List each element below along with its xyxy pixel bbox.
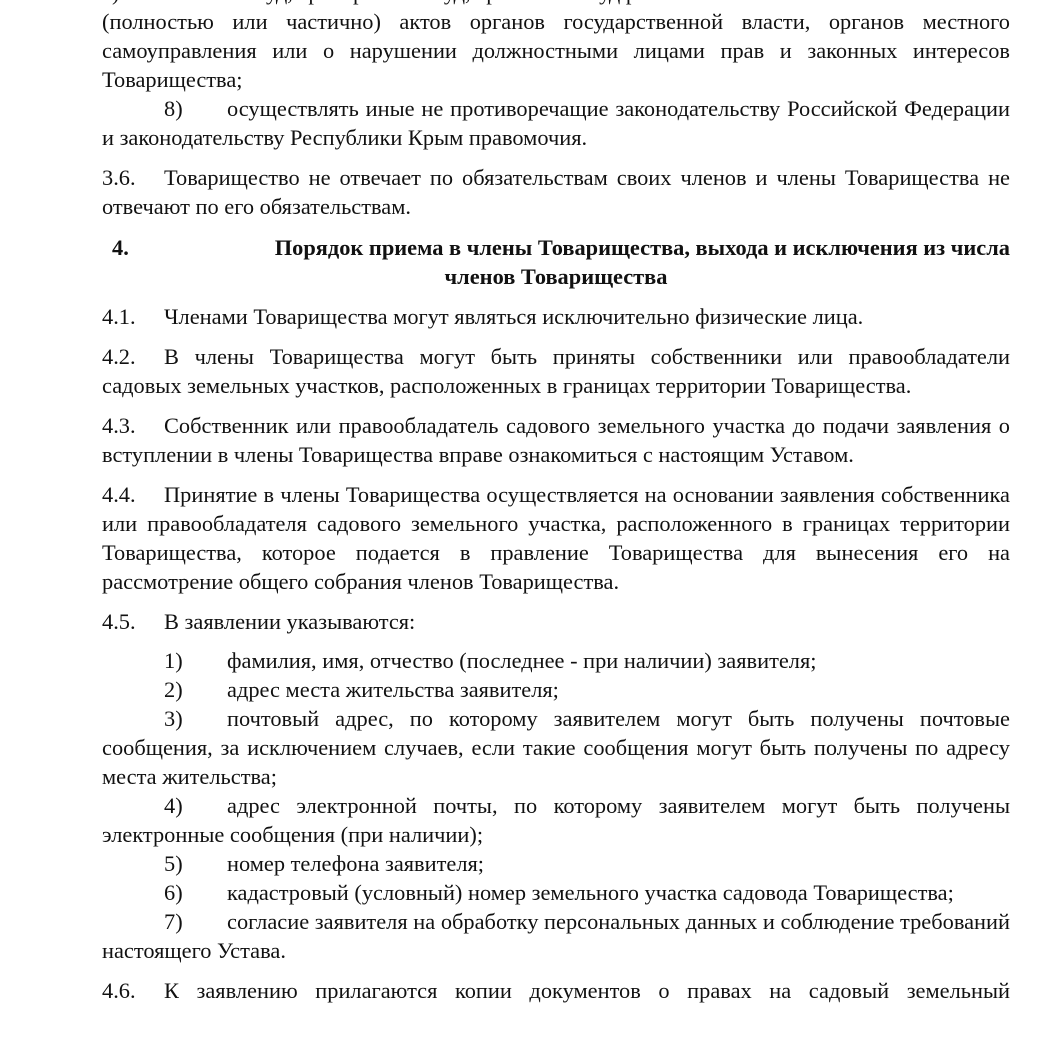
paragraph-text: Собственник или правообладатель садового… [102,413,1010,467]
paragraph-continuation-line-1: (полностью или частично) актов органов г… [102,7,1010,36]
paragraph-4-3: 4.3.Собственник или правообладатель садо… [102,411,1010,469]
list-item-text: фамилия, имя, отчество (последнее - при … [227,648,816,673]
paragraph-number: 3.6. [102,163,164,192]
list-item-number: 3) [164,704,227,733]
section-title-line-2: членов Товарищества [102,262,1010,291]
list-item-text: номер телефона заявителя; [227,851,484,876]
list-item-7: 7)согласие заявителя на обработку персон… [102,907,1010,965]
list-item-number: 6) [164,878,227,907]
paragraph-number: 4.2. [102,342,164,371]
list-item-text: адрес места жительства заявителя; [227,677,559,702]
list-item-4: 4)адрес электронной почты, по которому з… [102,791,1010,849]
paragraph-text: В члены Товарищества могут быть приняты … [102,344,1010,398]
paragraph-4-6: 4.6.К заявлению прилагаются копии докуме… [102,976,1010,1005]
list-item-text: согласие заявителя на обработку персонал… [102,909,1010,963]
paragraph-4-1: 4.1.Членами Товарищества могут являться … [102,302,1010,331]
paragraph-text: К заявлению прилагаются копии документов… [164,978,1010,1003]
list-item-8: 8)осуществлять иные не противоречащие за… [102,94,1010,152]
paragraph-text: В заявлении указываются: [164,609,415,634]
paragraph-4-4: 4.4.Принятие в члены Товарищества осущес… [102,480,1010,596]
section-title-line-1: Порядок приема в члены Товарищества, вых… [275,233,1010,262]
cut-off-line: с) обжаловать в суд, арбитражный суд, тр… [102,0,1010,7]
application-requirements-list: 1)фамилия, имя, отчество (последнее - пр… [102,646,1010,965]
list-item-3: 3)почтовый адрес, по которому заявителем… [102,704,1010,791]
list-item-text: адрес электронной почты, по которому зая… [102,793,1010,847]
section-number: 4. [112,233,129,262]
list-item-6: 6)кадастровый (условный) номер земельног… [102,878,1010,907]
list-item-1: 1)фамилия, имя, отчество (последнее - пр… [102,646,1010,675]
paragraph-4-2: 4.2.В члены Товарищества могут быть прин… [102,342,1010,400]
section-heading-4: 4. Порядок приема в члены Товарищества, … [102,233,1010,291]
paragraph-text: Товарищество не отвечает по обязательств… [102,165,1010,219]
paragraph-number: 4.6. [102,976,164,1005]
paragraph-continuation-line-2: самоуправления или о нарушении должностн… [102,36,1010,65]
document-page: с) обжаловать в суд, арбитражный суд, тр… [102,0,1010,1005]
paragraph-text: Членами Товарищества могут являться искл… [164,304,863,329]
list-item-2: 2)адрес места жительства заявителя; [102,675,1010,704]
paragraph-number: 4.4. [102,480,164,509]
list-item-number: 7) [164,907,227,936]
list-item-number: 1) [164,646,227,675]
list-item-number: 2) [164,675,227,704]
paragraph-text: Принятие в члены Товарищества осуществля… [102,482,1010,594]
list-item-text: кадастровый (условный) номер земельного … [227,880,954,905]
paragraph-number: 4.1. [102,302,164,331]
list-item-number: 5) [164,849,227,878]
paragraph-3-6: 3.6.Товарищество не отвечает по обязател… [102,163,1010,221]
list-item-text: почтовый адрес, по которому заявителем м… [102,706,1010,789]
list-item-5: 5)номер телефона заявителя; [102,849,1010,878]
paragraph-number: 4.5. [102,607,164,636]
paragraph-number: 4.3. [102,411,164,440]
list-item-text: осуществлять иные не противоречащие зако… [102,96,1010,150]
list-item-number: 4) [164,791,227,820]
paragraph-4-5: 4.5.В заявлении указываются: [102,607,1010,636]
paragraph-continuation-line-3: Товарищества; [102,65,1010,94]
list-item-number: 8) [164,94,227,123]
